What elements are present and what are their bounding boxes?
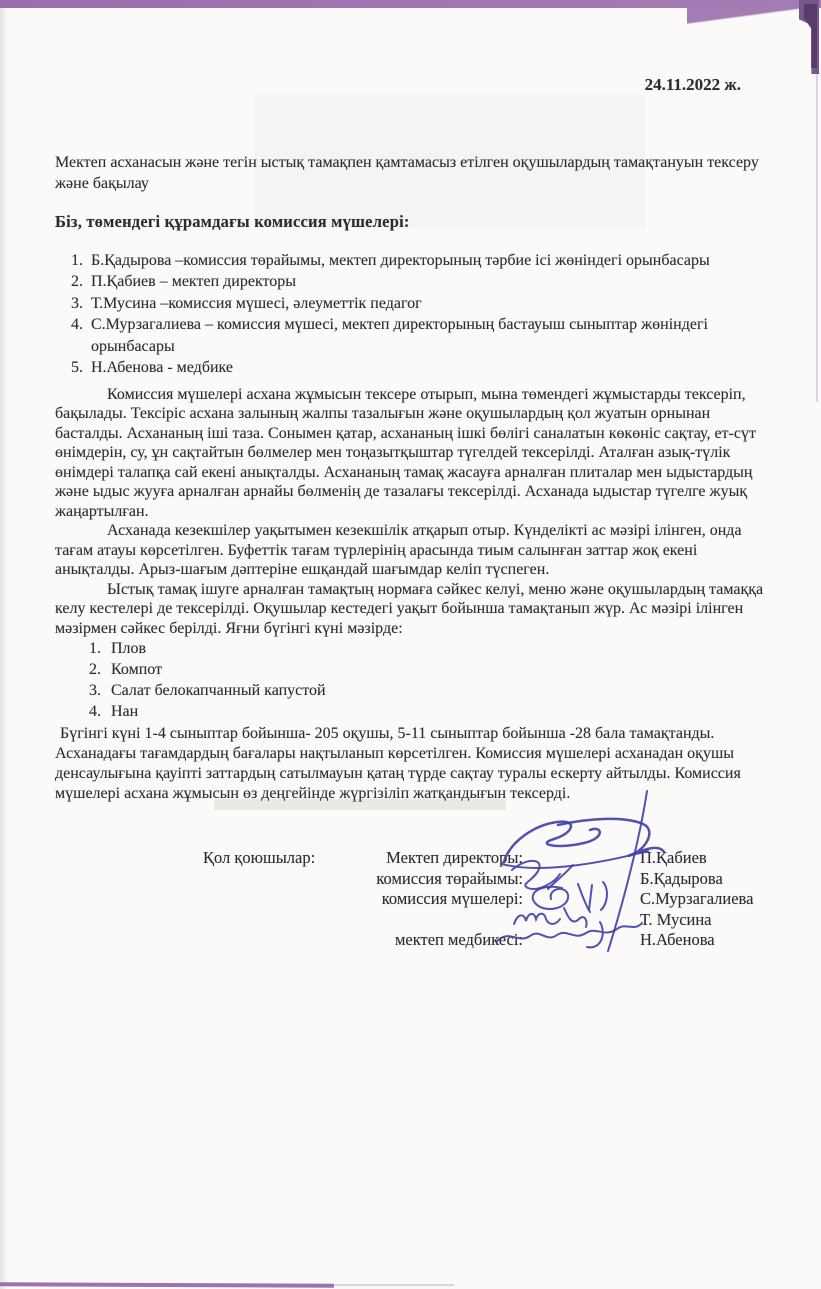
body-paragraph: Ыстық тамақ ішуге арналған тамақтың норм… — [55, 580, 775, 639]
handwritten-signatures-ink — [440, 789, 700, 1014]
menu-item: Салат белокапчанный капустой — [105, 680, 775, 701]
document-subject: Мектеп асханасын және тегін ыстық тамақп… — [55, 152, 775, 194]
menu-list: Плов Компот Салат белокапчанный капустой… — [55, 638, 775, 722]
menu-item: Нан — [105, 701, 775, 722]
scanned-document-page: 24.11.2022 ж. Мектеп асханасын және тегі… — [0, 0, 821, 1289]
commission-heading: Біз, төмендегі құрамдағы комиссия мүшеле… — [55, 211, 775, 233]
scanner-edge-bottom — [0, 1282, 334, 1287]
commission-members-list: Б.Қадырова –комиссия төрайымы, мектеп ди… — [55, 250, 775, 379]
menu-item: Компот — [105, 659, 775, 680]
menu-item: Плов — [105, 638, 775, 659]
commission-member: Б.Қадырова –комиссия төрайымы, мектеп ди… — [87, 250, 775, 272]
commission-member: П.Қабиев – мектеп директоры — [87, 271, 775, 293]
commission-member: С.Мурзагалиева – комиссия мүшесі, мектеп… — [87, 314, 775, 357]
document-content: 24.11.2022 ж. Мектеп асханасын және тегі… — [0, 0, 821, 1024]
signature-block: Қол қоюшылар: Мектеп директоры: П.Қабиев… — [55, 834, 775, 1024]
scanner-edge-bottom-faint — [334, 1284, 454, 1286]
commission-member: Н.Абенова - медбике — [87, 357, 775, 379]
body-paragraph: Комиссия мүшелері асхана жұмысын тексере… — [55, 385, 775, 522]
document-date: 24.11.2022 ж. — [55, 74, 775, 96]
body-paragraph: Асханада кезекшілер уақытымен кезекшілік… — [55, 521, 775, 580]
commission-member: Т.Мусина –комиссия мүшесі, әлеуметтік пе… — [87, 293, 775, 315]
